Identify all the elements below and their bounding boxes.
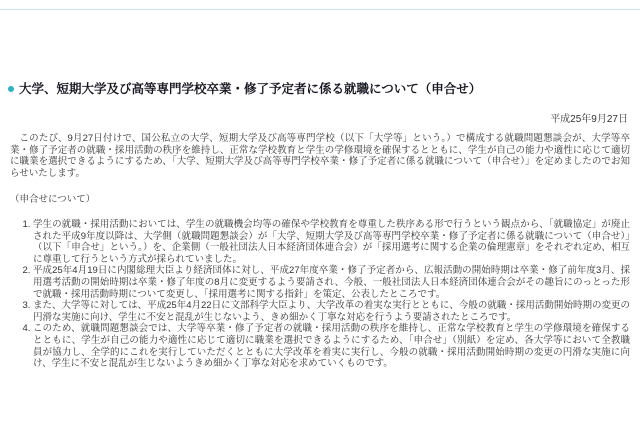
announcement-body: このたび、9月27日付けで、国公私立の大学、短期大学及び高等専門学校（以下「大学… <box>10 133 630 370</box>
announcement-page: 大学、短期大学及び高等専門学校卒業・修了予定者に係る就職について（申合せ） 平成… <box>0 0 640 426</box>
publication-date: 平成25年9月27日 <box>550 110 628 125</box>
title-row: 大学、短期大学及び高等専門学校卒業・修了予定者に係る就職について（申合せ） <box>8 81 632 97</box>
teal-ring-bullet-icon <box>8 86 14 92</box>
list-item: また、大学等に対しては、平成25年4月22日に文部科学大臣より、大学改革の着実な… <box>33 300 630 323</box>
agreement-points-list: 学生の就職・採用活動においては、学生の就職機会均等の確保や学校教育を尊重した秩序… <box>10 219 630 370</box>
list-item: 平成25年4月19日に内閣総理大臣より経済団体に対し、平成27年度卒業・修了予定… <box>33 265 630 300</box>
page-title: 大学、短期大学及び高等専門学校卒業・修了予定者に係る就職について（申合せ） <box>19 81 481 97</box>
list-item: このため、就職問題懇談会では、大学等卒業・修了予定者の就職・採用活動の秩序を維持… <box>33 323 630 369</box>
top-divider-line <box>0 9 640 10</box>
section-label: （申合せについて） <box>10 194 630 206</box>
intro-paragraph: このたび、9月27日付けで、国公私立の大学、短期大学及び高等専門学校（以下「大学… <box>10 133 630 179</box>
list-item: 学生の就職・採用活動においては、学生の就職機会均等の確保や学校教育を尊重した秩序… <box>33 219 630 265</box>
